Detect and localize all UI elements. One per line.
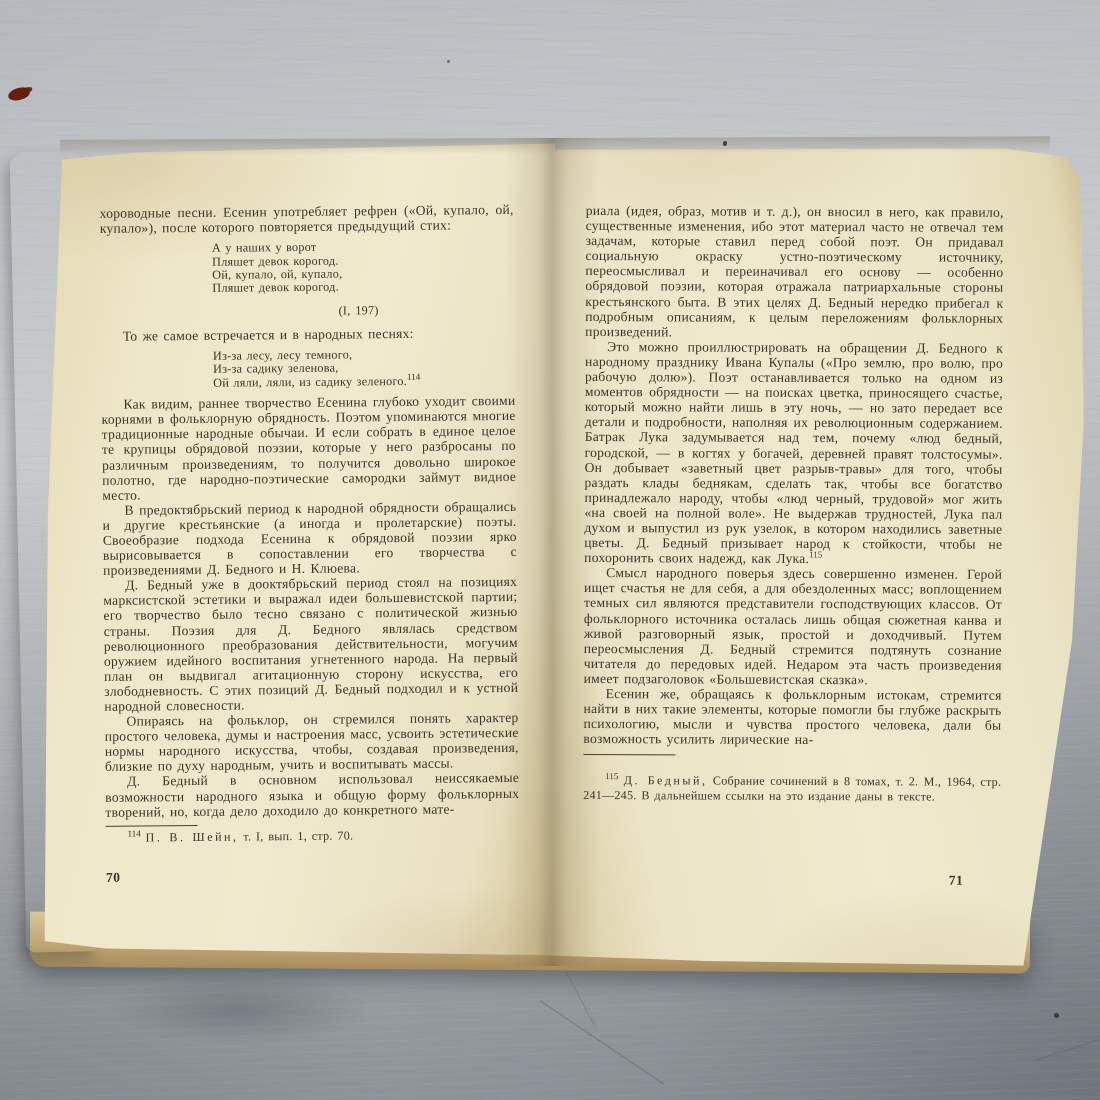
left-page: хороводные песни. Есенин употребляет реф… [35,144,563,961]
footnote: 114 П. В. Шейн, т. I, вып. 1, стр. 70. [106,827,520,845]
photo-of-open-book: { "colors": { "table_surface": "#b6babd"… [0,0,1100,1100]
page-number-71: 71 [949,873,964,889]
left-page-text-column: хороводные песни. Есенин употребляет реф… [100,202,520,845]
paragraph: Как видим, раннее творчество Есенина глу… [101,393,516,503]
folk-verse-quote: А у наших у ворот Пляшет девок корогод. … [212,239,515,296]
paragraph: Это можно проиллюстрировать на обращении… [584,339,1003,567]
footnote-text: т. I, вып. 1, стр. 70. [238,828,353,843]
footnote-author: П. В. Шейн, [146,829,239,844]
footnote-reference: 114 [407,371,420,381]
page-number-70: 70 [106,870,121,886]
folk-verse-quote: Из-за лесу, лесу темного, Из-за садику з… [213,347,515,390]
verse-citation: (I, 197) [339,302,515,319]
paragraph: В предоктябрьский период к народной обря… [102,499,517,578]
footnote-separator [583,754,675,755]
footnote-separator [106,825,198,827]
paragraph: Смысл народного поверья здесь совершенно… [584,565,1003,688]
paragraph: Опираясь на фольклор, он стремился понят… [104,710,519,774]
verse-line: Ой ляли, ляли, из садику зеленого.114 [213,374,515,390]
open-book: хороводные песни. Есенин употребляет реф… [0,0,1100,1100]
footnote-marker: 115 [605,771,618,781]
paragraph-text: Это можно проиллюстрировать на обращении… [584,339,1003,566]
right-page-text-column: риала (идея, образ, мотив и т. д.), он в… [583,203,1004,804]
paragraph: риала (идея, образ, мотив и т. д.), он в… [585,203,1004,341]
footnote-author: Д. Бедный, [624,774,708,788]
paragraph: То же самое встречается и в народных пес… [101,325,515,344]
verse-line: Пляшет девок корогод. [212,279,514,295]
footnote-marker: 114 [128,828,141,838]
footnote: 115 Д. Бедный, Собрание сочинений в 8 то… [583,773,1001,804]
right-page: риала (идея, образ, мотив и т. д.), он в… [544,145,1085,969]
paragraph: хороводные песни. Есенин употребляет реф… [100,202,514,236]
footnote-reference: 115 [809,550,822,560]
paragraph: Есенин же, обращаясь к фольклорным исток… [583,686,1001,748]
verse-line-text: Ой ляли, ляли, из садику зеленого. [213,374,407,390]
paragraph: Д. Бедный уже в дооктябрьский период сто… [103,574,518,714]
paragraph: Д. Бедный в основном использовал неиссяк… [105,770,519,819]
